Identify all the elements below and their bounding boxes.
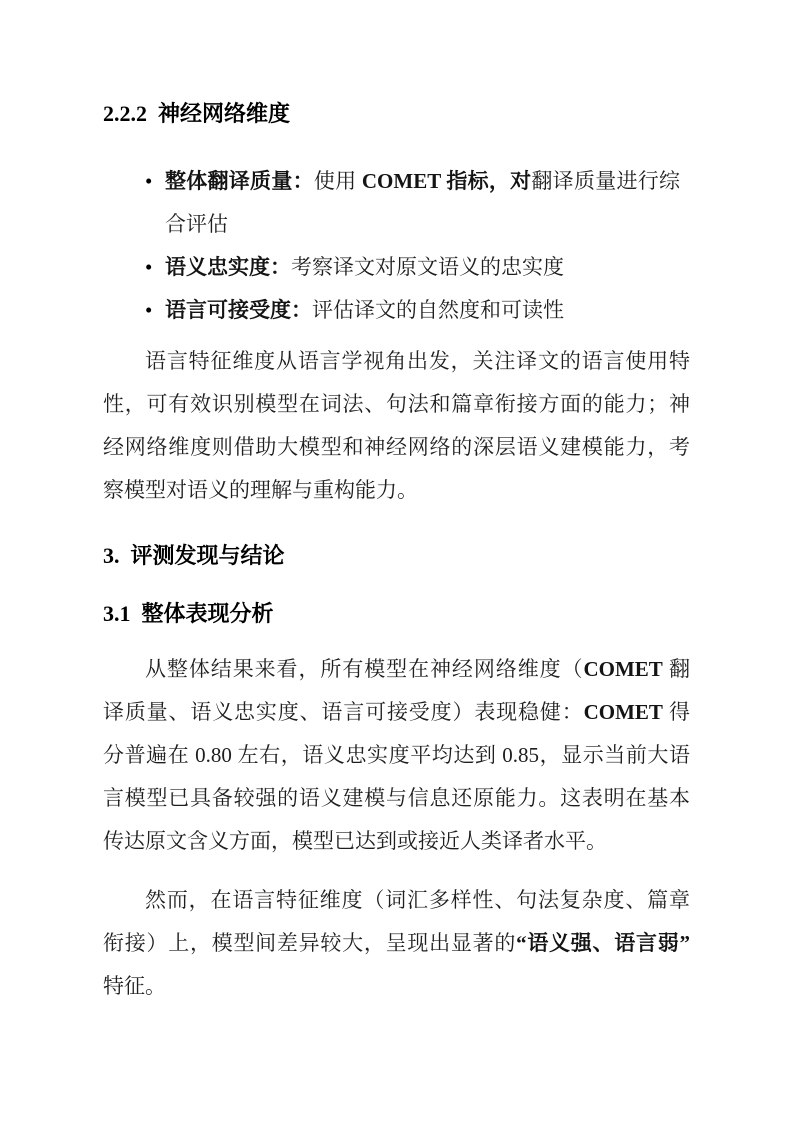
list-item-overall-quality: • 整体翻译质量：使用 COMET 指标，对翻译质量进行综合评估 [103, 160, 690, 246]
paragraph-overall-analysis: 从整体结果来看，所有模型在神经网络维度（COMET 翻译质量、语义忠实度、语言可… [103, 648, 690, 863]
paragraph-text-run-bold: COMET [583, 657, 662, 681]
paragraph-text-run: 从整体结果来看，所有模型在神经网络维度（ [145, 657, 583, 681]
bullet-text-run: 使用 [314, 169, 362, 193]
bullet-text-run: 评估译文的自然度和可读性 [312, 298, 564, 322]
section-heading-3-1: 3.1 整体表现分析 [103, 600, 690, 628]
paragraph-text-run-bold: “语义强、语言弱” [516, 931, 690, 955]
bullet-icon: • [145, 289, 152, 332]
list-item-semantic-fidelity: • 语义忠实度：考察译文对原文语义的忠实度 [103, 246, 690, 289]
bullet-label: 语义忠实度： [165, 255, 291, 279]
bullet-icon: • [145, 246, 152, 289]
paragraph-text-run: 特征。 [103, 974, 166, 998]
list-item-language-acceptability: • 语言可接受度：评估译文的自然度和可读性 [103, 289, 690, 332]
bullet-label: 整体翻译质量： [165, 169, 314, 193]
paragraph-text-run-bold: COMET [584, 700, 663, 724]
section-heading-2-2-2: 2.2.2 神经网络维度 [103, 100, 690, 128]
bullet-label: 语言可接受度： [165, 298, 312, 322]
paragraph-dimensions: 语言特征维度从语言学视角出发，关注译文的语言使用特性，可有效识别模型在词法、句法… [103, 340, 690, 512]
bullet-text-run: 考察译文对原文语义的忠实度 [291, 255, 564, 279]
bullet-text-run-bold: COMET 指标，对 [362, 169, 532, 193]
paragraph-however: 然而，在语言特征维度（词汇多样性、句法复杂度、篇章衔接）上，模型间差异较大，呈现… [103, 879, 690, 1008]
bullet-list: • 整体翻译质量：使用 COMET 指标，对翻译质量进行综合评估 • 语义忠实度… [103, 160, 690, 332]
document-page: 2.2.2 神经网络维度 • 整体翻译质量：使用 COMET 指标，对翻译质量进… [0, 0, 793, 1122]
paragraph-text-run: 语言特征维度从语言学视角出发，关注译文的语言使用特性，可有效识别模型在词法、句法… [103, 349, 690, 502]
bullet-icon: • [145, 160, 152, 203]
section-heading-3: 3. 评测发现与结论 [103, 542, 690, 570]
